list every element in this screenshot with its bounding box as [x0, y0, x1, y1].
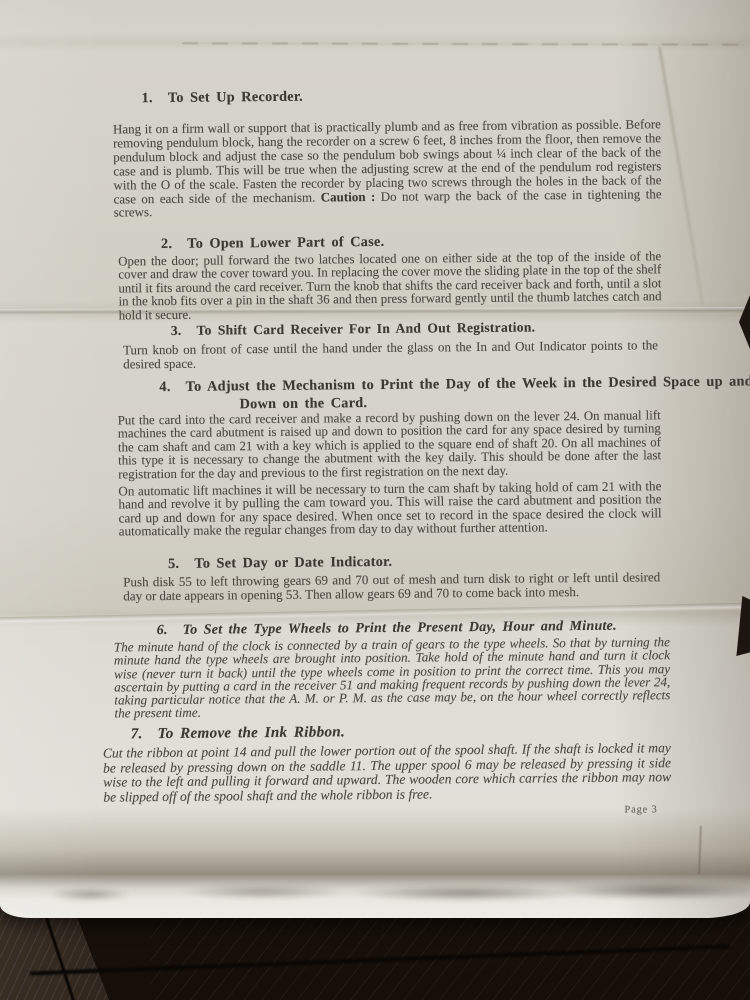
- section-5-body: Push disk 55 to left throwing gears 69 a…: [123, 570, 660, 603]
- section-number: 6.: [157, 623, 168, 638]
- section-3-heading: 3.To Shift Card Receiver For In And Out …: [171, 319, 536, 338]
- section-number: 3.: [171, 323, 182, 338]
- section-1-heading: 1.To Set Up Recorder.: [142, 89, 303, 108]
- section-title: To Open Lower Part of Case.: [187, 234, 384, 252]
- section-number: 1.: [142, 90, 153, 106]
- section-number: 4.: [159, 379, 170, 395]
- photo-of-document: 1.To Set Up Recorder. Hang it on a firm …: [0, 0, 750, 1000]
- section-number: 7.: [131, 725, 143, 742]
- page-number: Page 3: [624, 804, 657, 815]
- section-1-body: Hang it on a firm wall or support that i…: [113, 117, 662, 220]
- section-title: To Remove the Ink Ribbon.: [158, 723, 346, 742]
- section-6-body: The minute hand of the clock is connecte…: [114, 635, 671, 720]
- section-title: To Shift Card Receiver For In And Out Re…: [196, 319, 535, 337]
- section-title: To Set Up Recorder.: [168, 89, 303, 106]
- printed-text: 1.To Set Up Recorder. Hang it on a firm …: [0, 0, 750, 922]
- section-number: 5.: [168, 556, 179, 572]
- section-7-heading: 7.To Remove the Ink Ribbon.: [131, 723, 345, 743]
- section-2-body: Open the door; pull forward the two latc…: [118, 250, 662, 322]
- section-number: 2.: [161, 236, 172, 252]
- section-7-body: Cut the ribbon at point 14 and pull the …: [103, 741, 672, 805]
- section-5-heading: 5.To Set Day or Date Indicator.: [168, 554, 392, 573]
- section-3-body: Turn knob on front of case until the han…: [123, 338, 658, 371]
- section-4-paragraph-1: Put the card into the card receiver and …: [118, 409, 662, 481]
- section-title: To Adjust the Mechanism to Print the Day…: [186, 373, 750, 411]
- section-title: To Set Day or Date Indicator.: [194, 554, 392, 572]
- section-4-heading: 4.To Adjust the Mechanism to Print the D…: [159, 373, 750, 414]
- section-4-paragraph-2: On automatic lift machines it will be ne…: [118, 479, 661, 538]
- section-2-heading: 2.To Open Lower Part of Case.: [161, 234, 385, 253]
- caution-label: Caution :: [321, 189, 376, 205]
